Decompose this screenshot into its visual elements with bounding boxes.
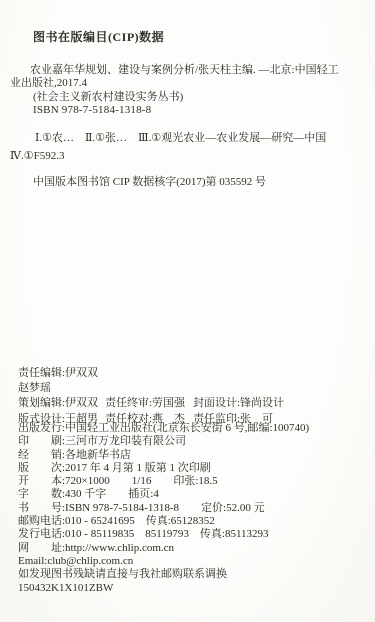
cip-isbn: ISBN 978-7-5184-1318-8 xyxy=(33,104,368,117)
staff-row: 责任编辑:伊双双 赵梦瑶 xyxy=(18,366,368,396)
staff-credit: 封面设计:锋尚设计 xyxy=(193,396,284,411)
publisher-line: 出版发行:中国轻工业出版社(北京东长安街 6 号,邮编:100740) xyxy=(18,422,370,435)
classification-line: Ⅰ.①农… Ⅱ.①张… Ⅲ.①观光农业—农业发展—研究—中国 xyxy=(35,132,368,145)
printer-line: 印 刷:三河市万龙印装有限公司 xyxy=(18,435,370,448)
replacement-notice-line: 如发现图书残缺请直接与我社邮购联系调换 xyxy=(18,568,370,581)
email-line: Email:club@chlip.com.cn xyxy=(18,555,370,568)
staff-credits-block: 责任编辑:伊双双 赵梦瑶 策划编辑:伊双双 责任终审:劳国强 封面设计:锋尚设计… xyxy=(18,366,368,427)
edition-line: 版 次:2017 年 4 月第 1 版第 1 次印刷 xyxy=(18,462,370,475)
cip-classification-block: Ⅰ.①农… Ⅱ.①张… Ⅲ.①观光农业—农业发展—研究—中国 Ⅳ.①F592.3 xyxy=(10,132,368,164)
distributor-line: 经 销:各地新华书店 xyxy=(18,449,370,462)
cip-entry-line: 农业嘉年华规划、建设与案例分析/张天柱主编. —北京:中国轻工 xyxy=(30,64,368,77)
staff-row: 策划编辑:伊双双 责任终审:劳国强 封面设计:锋尚设计 xyxy=(18,396,368,411)
print-code-line: 150432K1X101ZBW xyxy=(18,582,370,595)
staff-credit: 责任终审:劳国强 xyxy=(105,396,193,411)
website-line: 网 址:http://www.chlip.com.cn xyxy=(18,542,370,555)
distribution-phone-line: 发行电话:010 - 85119835 85119793 传真:85113293 xyxy=(18,528,370,541)
isbn-price-line: 书 号:ISBN 978-7-5184-1318-8 定价:52.00 元 xyxy=(18,502,370,515)
classification-line: Ⅳ.①F592.3 xyxy=(10,150,368,163)
staff-credit: 策划编辑:伊双双 xyxy=(18,396,105,411)
mail-order-phone-line: 邮购电话:010 - 65241695 传真:65128352 xyxy=(18,515,370,528)
cip-record-number: 中国版本图书馆 CIP 数据核字(2017)第 035592 号 xyxy=(33,173,266,189)
word-count-line: 字 数:430 千字 插页:4 xyxy=(18,488,370,501)
cip-entry-block: 农业嘉年华规划、建设与案例分析/张天柱主编. —北京:中国轻工 业出版社,201… xyxy=(10,64,368,118)
cip-entry-line: 业出版社,2017.4 xyxy=(10,77,368,90)
colophon-block: 出版发行:中国轻工业出版社(北京东长安街 6 号,邮编:100740) 印 刷:… xyxy=(18,422,370,595)
cip-series-title: (社会主义新农村建设实务丛书) xyxy=(33,91,368,104)
copyright-page: 图书在版编目(CIP)数据 农业嘉年华规划、建设与案例分析/张天柱主编. —北京… xyxy=(0,0,375,622)
cip-heading: 图书在版编目(CIP)数据 xyxy=(33,28,164,45)
staff-credit: 责任编辑:伊双双 赵梦瑶 xyxy=(18,366,105,396)
format-line: 开 本:720×1000 1/16 印张:18.5 xyxy=(18,475,370,488)
